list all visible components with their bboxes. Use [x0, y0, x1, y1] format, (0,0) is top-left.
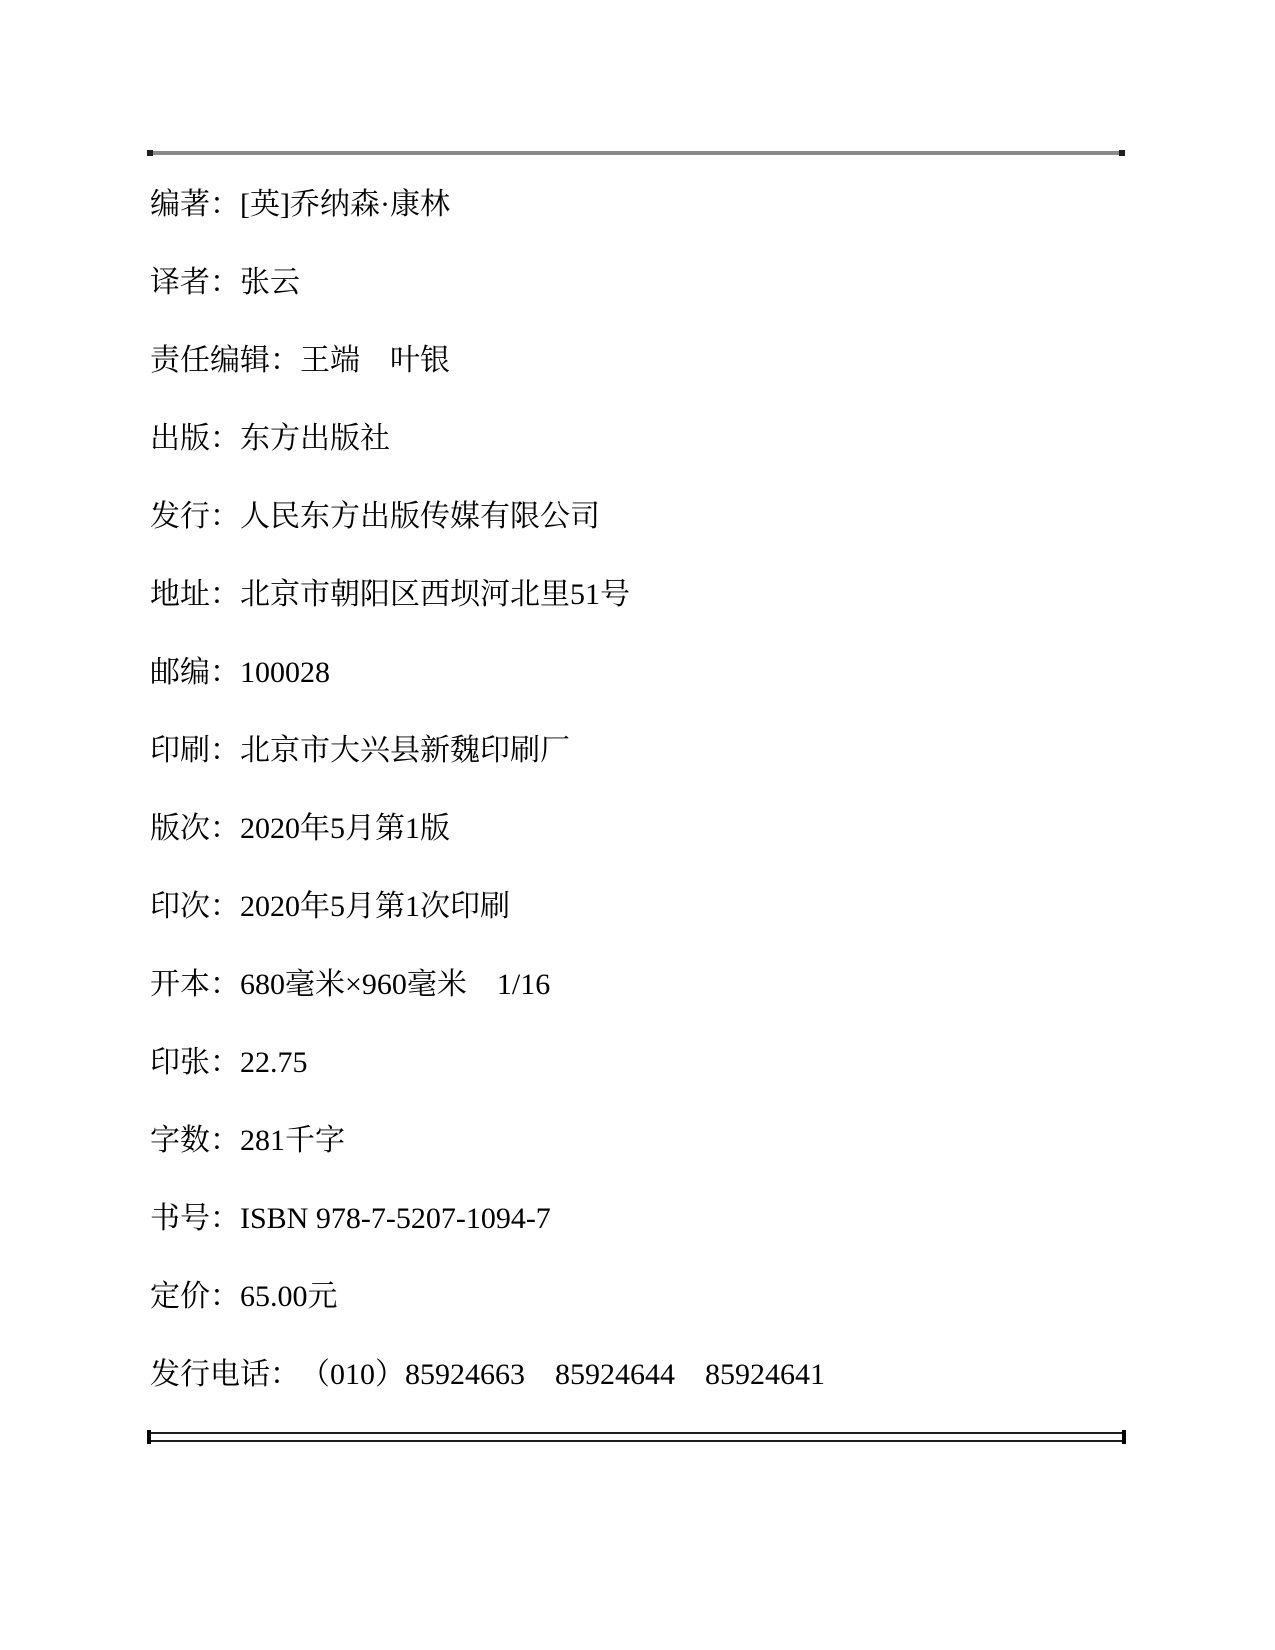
- field-value: 680毫米×960毫米 1/16: [240, 970, 550, 1000]
- field-label: 地址：: [150, 580, 240, 610]
- colophon-line-wordcount: 字数：281千字: [150, 1102, 1130, 1180]
- colophon-line-edition: 版次：2020年5月第1版: [150, 790, 1130, 868]
- colophon-line-isbn: 书号：ISBN 978-7-5207-1094-7: [150, 1180, 1130, 1258]
- field-value: ISBN 978-7-5207-1094-7: [240, 1204, 551, 1234]
- top-rule: [148, 151, 1124, 155]
- field-label: 出版：: [150, 424, 240, 454]
- colophon-line-distributor: 发行：人民东方出版传媒有限公司: [150, 478, 1130, 556]
- field-value: 张云: [240, 268, 300, 298]
- field-label: 书号：: [150, 1204, 240, 1234]
- field-value: 北京市大兴县新魏印刷厂: [240, 736, 570, 766]
- colophon-content: 编著：[英]乔纳森·康林 译者：张云 责任编辑：王端 叶银 出版：东方出版社 发…: [150, 166, 1130, 1414]
- field-label: 印张：: [150, 1048, 240, 1078]
- field-value: 王端 叶银: [300, 346, 450, 376]
- colophon-line-publisher: 出版：东方出版社: [150, 400, 1130, 478]
- field-value: 281千字: [240, 1126, 345, 1156]
- field-value: 东方出版社: [240, 424, 390, 454]
- field-value: 2020年5月第1次印刷: [240, 892, 510, 922]
- bottom-rule: [149, 1432, 1124, 1442]
- colophon-line-printer: 印刷：北京市大兴县新魏印刷厂: [150, 712, 1130, 790]
- field-label: 印刷：: [150, 736, 240, 766]
- colophon-line-editor: 责任编辑：王端 叶银: [150, 322, 1130, 400]
- field-value: 2020年5月第1版: [240, 814, 450, 844]
- field-label: 编著：: [150, 190, 240, 220]
- field-label: 版次：: [150, 814, 240, 844]
- field-label: 发行：: [150, 502, 240, 532]
- colophon-line-translator: 译者：张云: [150, 244, 1130, 322]
- colophon-line-price: 定价：65.00元: [150, 1258, 1130, 1336]
- field-value: 人民东方出版传媒有限公司: [240, 502, 600, 532]
- field-value: 北京市朝阳区西坝河北里51号: [240, 580, 630, 610]
- colophon-line-impression: 印次：2020年5月第1次印刷: [150, 868, 1130, 946]
- colophon-line-format: 开本：680毫米×960毫米 1/16: [150, 946, 1130, 1024]
- field-label: 发行电话：: [150, 1360, 300, 1390]
- field-label: 责任编辑：: [150, 346, 300, 376]
- field-value: （010）85924663 85924644 85924641: [300, 1360, 825, 1390]
- field-value: 100028: [240, 658, 330, 688]
- colophon-line-address: 地址：北京市朝阳区西坝河北里51号: [150, 556, 1130, 634]
- field-value: 65.00元: [240, 1282, 338, 1312]
- field-value: 22.75: [240, 1048, 308, 1078]
- colophon-line-phone: 发行电话：（010）85924663 85924644 85924641: [150, 1336, 1130, 1414]
- field-label: 邮编：: [150, 658, 240, 688]
- field-label: 字数：: [150, 1126, 240, 1156]
- colophon-line-postcode: 邮编：100028: [150, 634, 1130, 712]
- field-label: 定价：: [150, 1282, 240, 1312]
- colophon-line-sheets: 印张：22.75: [150, 1024, 1130, 1102]
- field-label: 译者：: [150, 268, 240, 298]
- colophon-page: 编著：[英]乔纳森·康林 译者：张云 责任编辑：王端 叶银 出版：东方出版社 发…: [0, 0, 1275, 1650]
- field-value: [英]乔纳森·康林: [240, 190, 450, 220]
- colophon-line-author: 编著：[英]乔纳森·康林: [150, 166, 1130, 244]
- field-label: 开本：: [150, 970, 240, 1000]
- field-label: 印次：: [150, 892, 240, 922]
